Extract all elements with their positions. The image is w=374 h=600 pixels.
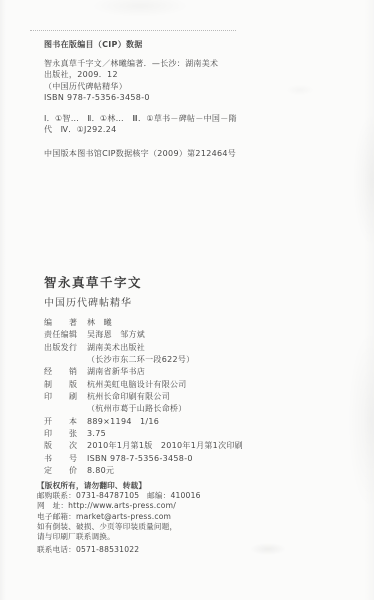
credit-value: 8.80元 (87, 465, 114, 477)
cip-classification: Ⅰ．①智… Ⅱ．①林… Ⅲ．①草书－碑帖－中国－隋 代 Ⅳ．①J292.24 (44, 113, 237, 136)
credit-label: 印张 (44, 428, 77, 440)
credit-row: 责任编辑 吴海恩 邹方斌 (44, 329, 243, 341)
cip-classification-line: 代 Ⅳ．①J292.24 (44, 124, 237, 136)
credit-value: （长沙市东二环一段622号） (87, 354, 194, 366)
credit-label (44, 403, 77, 415)
cip-classification-line: Ⅰ．①智… Ⅱ．①林… Ⅲ．①草书－碑帖－中国－隋 (44, 113, 237, 125)
credit-label: 制版 (44, 379, 77, 391)
credit-row: （杭州市葛于山路长命桥） (44, 403, 243, 415)
cip-line: 智永真草千字文／林曦编著．—长沙：湖南美术 (44, 58, 237, 70)
book-colophon-page: 图书在版编目（CIP）数据 智永真草千字文／林曦编著．—长沙：湖南美术 出版社，… (0, 0, 374, 600)
cip-line: 出版社，2009．12 (44, 69, 237, 81)
credit-value: 3.75 (87, 428, 106, 440)
book-title: 智永真草千字文 (44, 273, 142, 291)
credit-value: 2010年1月第1版 2010年1月第1次印刷 (87, 440, 243, 452)
credit-label: 书号 (44, 453, 77, 465)
credit-label: 定价 (44, 465, 77, 477)
credit-row: （长沙市东二环一段622号） (44, 354, 243, 366)
series-title: 中国历代碑帖精华 (44, 294, 132, 309)
credit-label: 版次 (44, 440, 77, 452)
credit-value: 湖南省新华书店 (87, 366, 145, 378)
credit-label: 开本 (44, 416, 77, 428)
credit-value: 889×1194 1/16 (87, 416, 159, 428)
credit-value: 杭州美虹电脑设计有限公司 (87, 379, 187, 391)
credit-row: 书号 ISBN 978-7-5356-3458-0 (44, 453, 243, 465)
credit-value: ISBN 978-7-5356-3458-0 (87, 453, 193, 465)
contact-line: 电子邮箱：market@arts-press.com (37, 512, 201, 522)
credit-value: （杭州市葛于山路长命桥） (87, 403, 187, 415)
dotted-rule (30, 30, 236, 31)
credit-row: 开本 889×1194 1/16 (44, 416, 243, 428)
credit-label (44, 354, 77, 366)
credit-row: 版次 2010年1月第1版 2010年1月第1次印刷 (44, 440, 243, 452)
contact-line: 如有倒装、破损、少页等印装质量问题， (37, 522, 201, 532)
credit-row: 制版 杭州美虹电脑设计有限公司 (44, 379, 243, 391)
credit-row: 印刷 杭州长命印刷有限公司 (44, 391, 243, 403)
credit-label: 印刷 (44, 391, 77, 403)
publishing-credits: 编著 林 曦 责任编辑 吴海恩 邹方斌 出版发行 湖南美术出版社 （长沙市东二环… (44, 317, 243, 477)
footer-block: 【版权所有，请勿翻印、转载】 邮购联系：0731-84787105 邮编：410… (37, 481, 201, 555)
credit-row: 出版发行 湖南美术出版社 (44, 342, 243, 354)
credit-row: 印张 3.75 (44, 428, 243, 440)
cip-block: 图书在版编目（CIP）数据 智永真草千字文／林曦编著．—长沙：湖南美术 出版社，… (44, 39, 237, 159)
contact-line: 请与印刷厂联系调换。 (37, 532, 201, 542)
contact-line: 联系电话：0571-88531022 (37, 545, 201, 555)
credit-label: 出版发行 (44, 342, 77, 354)
credit-label: 责任编辑 (44, 329, 77, 341)
credit-value: 林 曦 (87, 317, 112, 329)
credit-value: 吴海恩 邹方斌 (87, 329, 145, 341)
credit-value: 杭州长命印刷有限公司 (87, 391, 170, 403)
contact-lines: 邮购联系：0731-84787105 邮编：410016 网 址：http://… (37, 491, 201, 555)
credit-row: 定价 8.80元 (44, 465, 243, 477)
cip-heading: 图书在版编目（CIP）数据 (44, 39, 237, 51)
cip-line: （中国历代碑帖精华） (44, 81, 237, 93)
credit-row: 经销 湖南省新华书店 (44, 366, 243, 378)
credit-value: 湖南美术出版社 (87, 342, 145, 354)
copyright-notice: 【版权所有，请勿翻印、转载】 (37, 481, 201, 491)
contact-line: 网 址：http://www.arts-press.com/ (37, 501, 201, 511)
cip-description: 智永真草千字文／林曦编著．—长沙：湖南美术 出版社，2009．12 （中国历代碑… (44, 58, 237, 104)
contact-line: 邮购联系：0731-84787105 邮编：410016 (37, 491, 201, 501)
cip-line: ISBN 978-7-5356-3458-0 (44, 92, 237, 104)
credit-label: 编著 (44, 317, 77, 329)
credit-row: 编著 林 曦 (44, 317, 243, 329)
cip-record-number: 中国版本图书馆CIP数据核字（2009）第212464号 (44, 148, 237, 160)
credit-label: 经销 (44, 366, 77, 378)
